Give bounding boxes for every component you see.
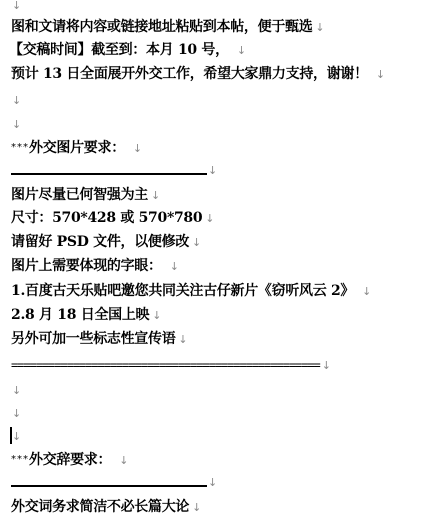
paragraph-item-1[interactable]: 1.百度古天乐贴吧邀您共同关注古仔新片《窃听风云 2》↓ [11, 280, 371, 302]
paragraph-item-2[interactable]: 2.8 月 18 日全国上映↓ [11, 304, 161, 326]
asterisks: *** [11, 454, 29, 465]
heading-text: 外交辞要求： [29, 452, 111, 468]
empty-paragraph-with-cursor[interactable]: ↓ [11, 425, 21, 447]
paragraph-text: 预计 13 日全面展开外交工作，希望大家鼎力支持，谢谢！ [11, 66, 368, 82]
heading-text: 外交图片要求： [29, 140, 125, 156]
paragraph-concise-text[interactable]: 外交词务求简洁不必长篇大论↓ [11, 496, 201, 518]
separator-equals[interactable]: ========================================… [11, 355, 330, 375]
paragraph-mark-icon: ↓ [208, 164, 217, 177]
paragraph-mark-icon: ↓ [208, 476, 217, 489]
paragraph-mark-icon: ↓ [119, 450, 128, 472]
paragraph-mark-icon: ↓ [376, 64, 385, 86]
empty-paragraph[interactable]: ↓ [11, 89, 21, 111]
paragraph-mark-icon: ↓ [151, 185, 160, 207]
paragraph-mark-icon: ↓ [205, 208, 214, 230]
paragraph-image-size[interactable]: 尺寸：570*428 或 570*780↓ [11, 207, 214, 229]
paragraph-mark-icon: ↓ [170, 256, 179, 278]
paragraph-slogans[interactable]: 另外可加一些标志性宣传语↓ [11, 328, 187, 350]
paragraph-psd-note[interactable]: 请留好 PSD 文件，以便修改↓ [11, 231, 201, 253]
paragraph-text: 图和文请将内容或链接地址粘贴到本帖，便于甄选 [11, 19, 312, 35]
paragraph-mark-icon: ↓ [12, 90, 21, 112]
paragraph-mark-icon: ↓ [152, 305, 161, 327]
paragraph-text: 尺寸：570*428 或 570*780 [11, 210, 202, 226]
separator-text: ========================================… [11, 358, 320, 372]
paragraph-mark-icon: ↓ [322, 356, 330, 376]
asterisks: *** [11, 142, 29, 153]
document-page[interactable]: ↓ 图和文请将内容或链接地址粘贴到本帖，便于甄选↓ 【交稿时间】截至到：本月 1… [0, 0, 425, 519]
paragraph-mark-icon: ↓ [12, 380, 21, 402]
paragraph-mark-icon: ↓ [12, 114, 21, 136]
paragraph-text: 2.8 月 18 日全国上映 [11, 307, 149, 323]
paragraph-mark-icon: ↓ [178, 329, 187, 351]
horizontal-rule [11, 485, 207, 487]
paragraph-text: 图片上需要体现的字眼： [11, 258, 162, 274]
paragraph-submit-instructions[interactable]: 图和文请将内容或链接地址粘贴到本帖，便于甄选↓ [11, 16, 324, 38]
heading-text-requirements[interactable]: ***外交辞要求：↓ [11, 449, 128, 471]
paragraph-text: 另外可加一些标志性宣传语 [11, 331, 175, 347]
paragraph-text: 图片尽量已何智强为主 [11, 187, 148, 203]
paragraph-schedule[interactable]: 预计 13 日全面展开外交工作，希望大家鼎力支持，谢谢！↓ [11, 63, 385, 85]
paragraph-mark-icon: ↓ [12, 0, 21, 17]
paragraph-mark-icon: ↓ [12, 426, 21, 448]
paragraph-mark-icon: ↓ [315, 17, 324, 39]
empty-paragraph[interactable]: ↓ [11, 0, 21, 16]
empty-paragraph[interactable]: ↓ [11, 113, 21, 135]
empty-paragraph[interactable]: ↓ [11, 402, 21, 424]
paragraph-mark-icon: ↓ [192, 232, 201, 254]
paragraph-mark-icon: ↓ [12, 403, 21, 425]
heading-image-requirements[interactable]: ***外交图片要求：↓ [11, 137, 142, 159]
paragraph-text: 【交稿时间】截至到：本月 10 号， [9, 42, 229, 58]
paragraph-mark-icon: ↓ [237, 40, 246, 62]
paragraph-text: 外交词务求简洁不必长篇大论 [11, 499, 189, 515]
paragraph-mark-icon: ↓ [362, 281, 371, 303]
horizontal-rule [11, 173, 207, 175]
paragraph-text: 1.百度古天乐贴吧邀您共同关注古仔新片《窃听风云 2》 [11, 283, 354, 299]
paragraph-text: 请留好 PSD 文件，以便修改 [11, 234, 189, 250]
empty-paragraph[interactable]: ↓ [11, 379, 21, 401]
paragraph-mark-icon: ↓ [133, 138, 142, 160]
paragraph-required-words[interactable]: 图片上需要体现的字眼：↓ [11, 255, 179, 277]
paragraph-mark-icon: ↓ [192, 497, 201, 519]
paragraph-image-subject[interactable]: 图片尽量已何智强为主↓ [11, 184, 160, 206]
paragraph-deadline[interactable]: 【交稿时间】截至到：本月 10 号，↓ [9, 39, 246, 61]
